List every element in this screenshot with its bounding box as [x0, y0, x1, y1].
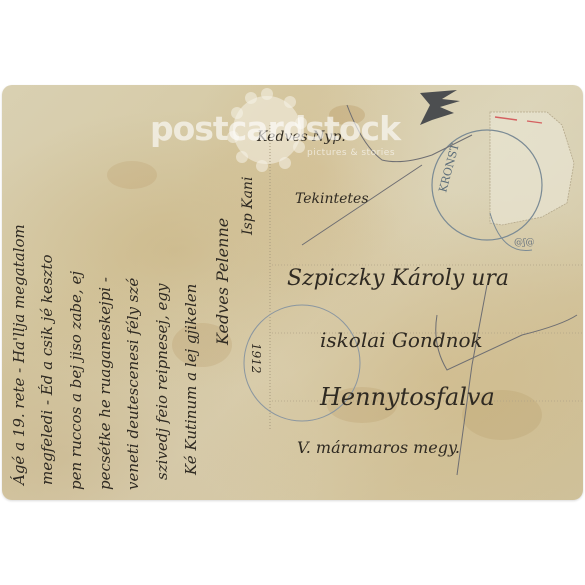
address-greeting: Tekintetes — [295, 191, 369, 207]
address-line-4: V. máramaros megy. — [297, 438, 460, 457]
postmark-date: 1912 — [249, 343, 263, 374]
svg-text:Isp Kani: Isp Kani — [240, 177, 256, 236]
svg-text:veneti deutescenesi fély szé: veneti deutescenesi fély szé — [124, 278, 142, 490]
postmark-stamp-text: KRONST — [436, 141, 462, 193]
address-block: Kedves Nyp. Tekintetes Szpiczky Károly u… — [256, 129, 509, 457]
watermark-tagline: pictures & stories — [307, 148, 395, 158]
svg-text:pecsétke he ruaganeskejpi -: pecsétke he ruaganeskejpi - — [96, 277, 114, 490]
svg-text:Ké Kutinum a lej gjikelen: Ké Kutinum a lej gjikelen — [182, 284, 200, 476]
watermark-brand: postcardstock — [150, 109, 400, 148]
svg-text:@ʃ@: @ʃ@ — [514, 238, 534, 248]
svg-text:Kedves Pelenne: Kedves Pelenne — [213, 218, 232, 346]
svg-text:Ágé a 19. rete - Ha'llja megat: Ágé a 19. rete - Ha'llja megatalom — [10, 224, 28, 487]
address-line-1: Szpiczky Károly ura — [287, 266, 509, 291]
message-text: Ágé a 19. rete - Ha'llja megatalom megfe… — [10, 177, 256, 490]
svg-text:megfeledi - Éd a csik jé keszt: megfeledi - Éd a csik jé keszto — [38, 254, 56, 485]
postcard-back: @ʃ@ KRONST 1912 Ágé a 19. rete - Ha'llja… — [2, 85, 583, 500]
address-line-2: iskolai Gondnok — [320, 328, 483, 352]
address-line-3: Hennytosfalva — [319, 383, 495, 411]
stamp-remnant — [490, 112, 574, 225]
crayon-mark — [420, 90, 460, 125]
svg-text:pen ruccos a bej jiso zabe, ej: pen ruccos a bej jiso zabe, ej — [67, 271, 85, 490]
svg-text:szivedj feio reipnesej, egy: szivedj feio reipnesej, egy — [153, 283, 171, 480]
